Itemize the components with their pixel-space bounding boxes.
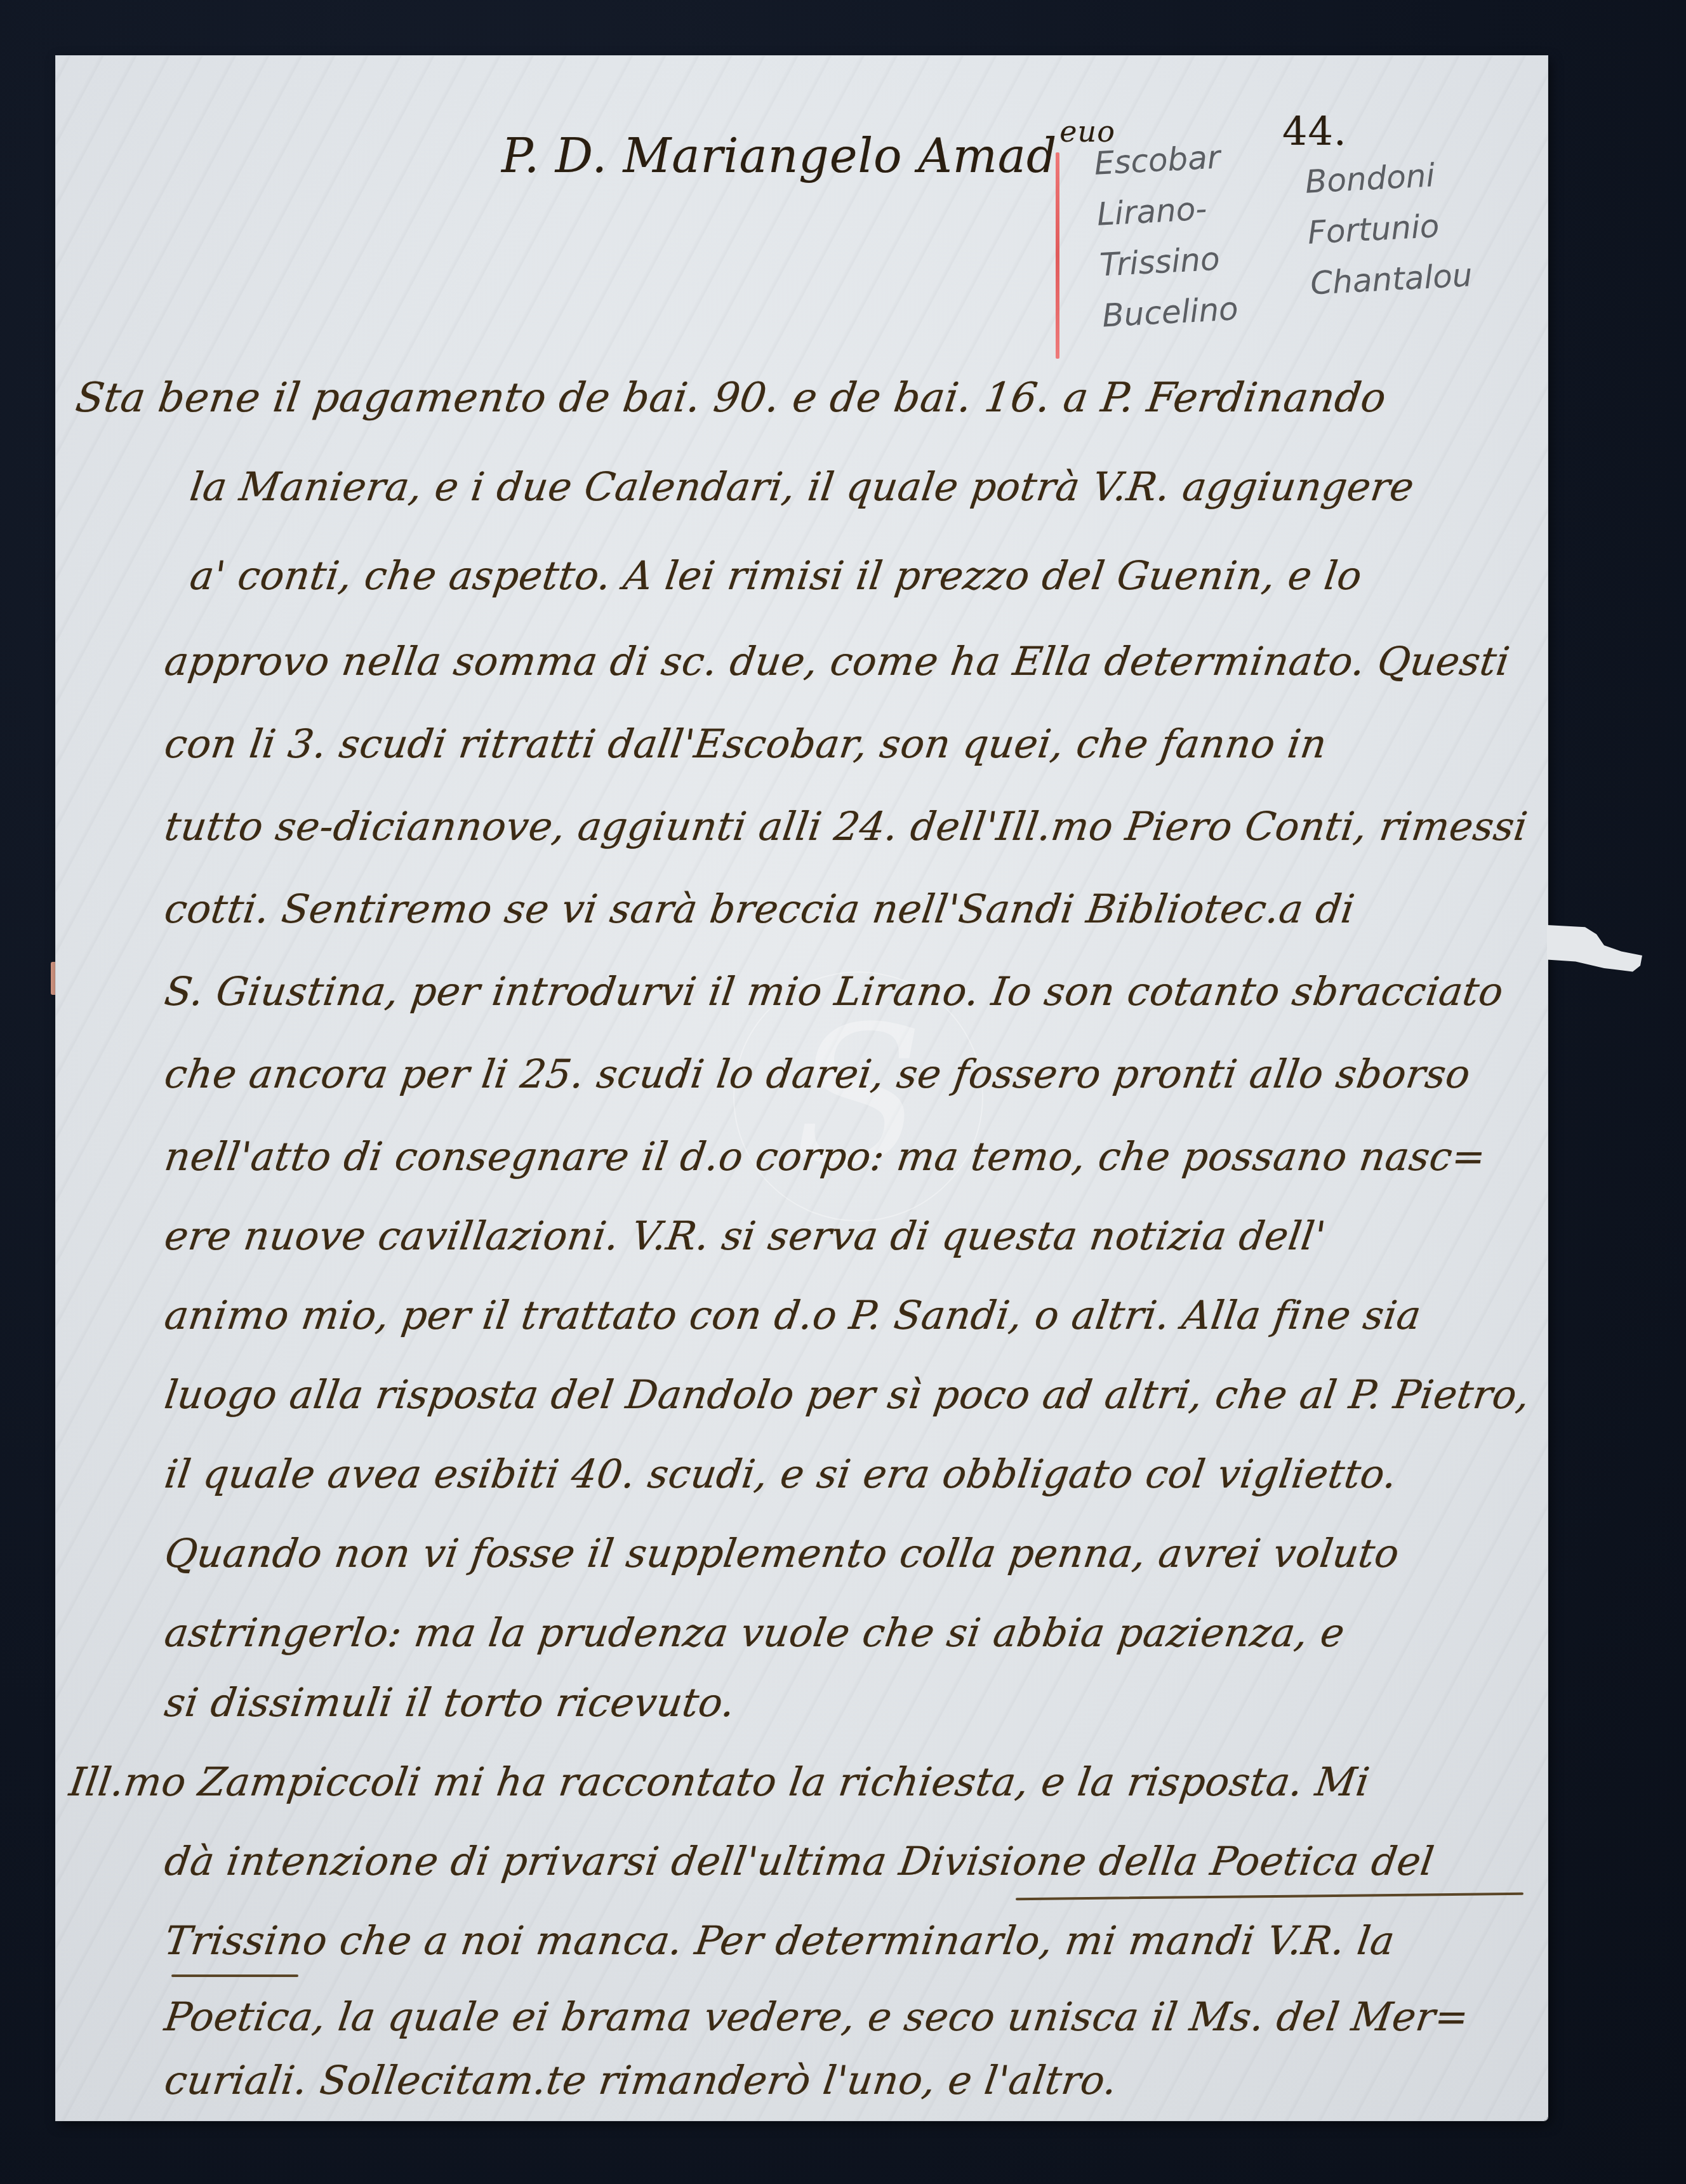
body-line: con li 3. scudi ritratti dall'Escobar, s…: [162, 721, 1330, 767]
body-line: S. Giustina, per introdurvi il mio Liran…: [162, 968, 1506, 1015]
body-line: a' conti, che aspetto. A lei rimisi il p…: [187, 552, 1365, 599]
body-line: luogo alla risposta del Dandolo per sì p…: [162, 1371, 1533, 1418]
pencil-note: Escobar: [1093, 131, 1231, 189]
body-line: si dissimuli il torto ricevuto.: [162, 1679, 738, 1726]
body-line: Quando non vi fosse il supplemento colla…: [162, 1530, 1402, 1576]
body-line-text: dà intenzione di privarsi dell'ultima Di…: [162, 1838, 1437, 1884]
pencil-annotation-column-1: Escobar Lirano- Trissino Bucelino: [1093, 131, 1240, 342]
body-line: la Maniera, e i due Calendari, il quale …: [187, 463, 1417, 510]
pencil-note: Trissino: [1098, 232, 1237, 290]
pencil-annotation-column-2: Bondoni Fortunio Chantalou: [1304, 148, 1474, 309]
body-line: che ancora per li 25. scudi lo darei, se…: [162, 1051, 1473, 1097]
body-line: Poetica, la quale ei brama vedere, e sec…: [162, 1994, 1472, 2040]
body-line: ere nuove cavillazioni. V.R. si serva di…: [162, 1213, 1329, 1259]
body-line: tutto se-diciannove, aggiunti alli 24. d…: [162, 803, 1530, 849]
body-line: il quale avea esibiti 40. scudi, e si er…: [162, 1451, 1400, 1497]
pencil-note: Lirano-: [1096, 182, 1234, 240]
body-line: cotti. Sentiremo se vi sarà breccia nell…: [162, 886, 1358, 932]
body-line: astringerlo: ma la prudenza vuole che si…: [162, 1609, 1348, 1656]
folio-number: 44.: [1282, 108, 1347, 154]
body-line: curiali. Sollecitam.te rimanderò l'uno, …: [162, 2057, 1120, 2103]
pencil-note: Fortunio: [1306, 199, 1471, 258]
salutation: P. D. Mariangelo Amadeuo: [501, 114, 1115, 183]
body-line: nell'atto di consegnare il d.o corpo: ma…: [162, 1133, 1489, 1180]
pencil-note: Bondoni: [1304, 148, 1468, 207]
body-line: Trissino che a noi manca. Per determinar…: [162, 1917, 1398, 1964]
body-line: approvo nella somma di sc. due, come ha …: [162, 638, 1513, 684]
pencil-note: Bucelino: [1101, 283, 1239, 341]
body-line: Ill.mo Zampiccoli mi ha raccontato la ri…: [67, 1759, 1372, 1805]
body-line: dà intenzione di privarsi dell'ultima Di…: [162, 1838, 1437, 1884]
underline-trissino: [171, 1974, 298, 1977]
salutation-text: P. D. Mariangelo Amad: [501, 129, 1057, 183]
body-line: animo mio, per il trattato con d.o P. Sa…: [162, 1292, 1424, 1338]
pencil-note: Chantalou: [1309, 250, 1473, 309]
body-line: Sta bene il pagamento de bai. 90. e de b…: [73, 375, 1390, 422]
